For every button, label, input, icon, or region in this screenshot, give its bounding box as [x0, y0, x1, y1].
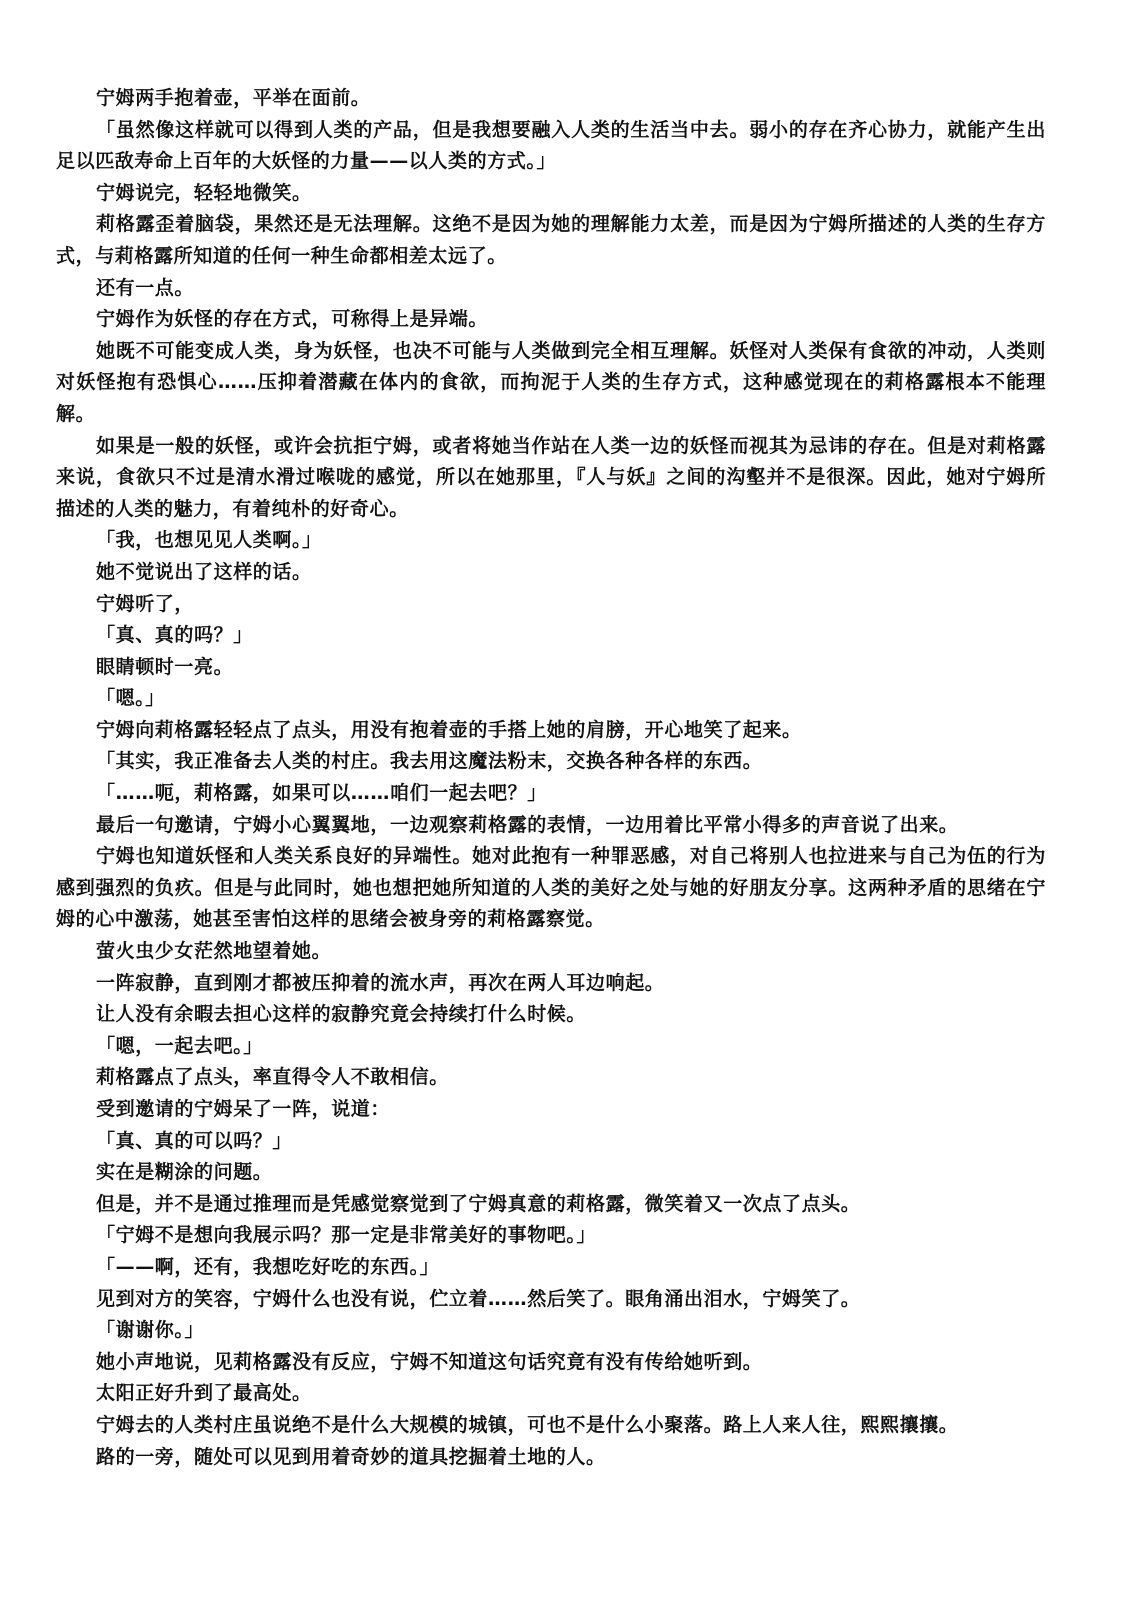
paragraph: 让人没有余暇去担心这样的寂静究竟会持续打什么时候。 [56, 999, 1046, 1031]
paragraph: 如果是一般的妖怪，或许会抗拒宁姆，或者将她当作站在人类一边的妖怪而视其为忌讳的存… [56, 431, 1046, 526]
paragraph: 莉格露歪着脑袋，果然还是无法理解。这绝不是因为她的理解能力太差，而是因为宁姆所描… [56, 209, 1046, 272]
paragraph: 「……呃，莉格露，如果可以……咱们一起去吧？」 [56, 778, 1046, 810]
paragraph: 见到对方的笑容，宁姆什么也没有说，伫立着……然后笑了。眼角涌出泪水，宁姆笑了。 [56, 1284, 1046, 1316]
paragraph: 但是，并不是通过推理而是凭感觉察觉到了宁姆真意的莉格露，微笑着又一次点了点头。 [56, 1189, 1046, 1221]
paragraph: 宁姆说完，轻轻地微笑。 [56, 178, 1046, 210]
paragraph: 「真、真的可以吗？」 [56, 1126, 1046, 1158]
paragraph: 太阳正好升到了最高处。 [56, 1378, 1046, 1410]
paragraph: 路的一旁，随处可以见到用着奇妙的道具挖掘着土地的人。 [56, 1442, 1046, 1474]
paragraph: 她既不可能变成人类，身为妖怪，也决不可能与人类做到完全相互理解。妖怪对人类保有食… [56, 336, 1046, 431]
paragraph: 受到邀请的宁姆呆了一阵，说道： [56, 1094, 1046, 1126]
paragraph: 她小声地说，见莉格露没有反应，宁姆不知道这句话究竟有没有传给她听到。 [56, 1347, 1046, 1379]
paragraph: 「虽然像这样就可以得到人类的产品，但是我想要融入人类的生活当中去。弱小的存在齐心… [56, 115, 1046, 178]
paragraph: 宁姆向莉格露轻轻点了点头，用没有抱着壶的手搭上她的肩膀，开心地笑了起来。 [56, 715, 1046, 747]
paragraph: 宁姆作为妖怪的存在方式，可称得上是异端。 [56, 304, 1046, 336]
paragraph: 「谢谢你。」 [56, 1315, 1046, 1347]
paragraph: 眼睛顿时一亮。 [56, 652, 1046, 684]
paragraph: 「嗯，一起去吧。」 [56, 1031, 1046, 1063]
paragraph: 还有一点。 [56, 273, 1046, 305]
paragraph: 「真、真的吗？」 [56, 620, 1046, 652]
document-page: 宁姆两手抱着壶，平举在面前。 「虽然像这样就可以得到人类的产品，但是我想要融入人… [56, 83, 1046, 1473]
paragraph: 「我，也想见见人类啊。」 [56, 525, 1046, 557]
paragraph: 萤火虫少女茫然地望着她。 [56, 936, 1046, 968]
paragraph: 宁姆去的人类村庄虽说绝不是什么大规模的城镇，可也不是什么小聚落。路上人来人往，熙… [56, 1410, 1046, 1442]
paragraph: 一阵寂静，直到刚才都被压抑着的流水声，再次在两人耳边响起。 [56, 968, 1046, 1000]
paragraph: 「其实，我正准备去人类的村庄。我去用这魔法粉末，交换各种各样的东西。 [56, 746, 1046, 778]
paragraph: 「宁姆不是想向我展示吗？那一定是非常美好的事物吧。」 [56, 1220, 1046, 1252]
paragraph: 实在是糊涂的问题。 [56, 1157, 1046, 1189]
paragraph: 「——啊，还有，我想吃好吃的东西。」 [56, 1252, 1046, 1284]
paragraph: 最后一句邀请，宁姆小心翼翼地，一边观察莉格露的表情，一边用着比平常小得多的声音说… [56, 810, 1046, 842]
paragraph: 宁姆听了， [56, 589, 1046, 621]
paragraph: 她不觉说出了这样的话。 [56, 557, 1046, 589]
paragraph: 宁姆也知道妖怪和人类关系良好的异端性。她对此抱有一种罪恶感，对自己将别人也拉进来… [56, 841, 1046, 936]
paragraph: 「嗯。」 [56, 683, 1046, 715]
paragraph: 宁姆两手抱着壶，平举在面前。 [56, 83, 1046, 115]
paragraph: 莉格露点了点头，率直得令人不敢相信。 [56, 1062, 1046, 1094]
